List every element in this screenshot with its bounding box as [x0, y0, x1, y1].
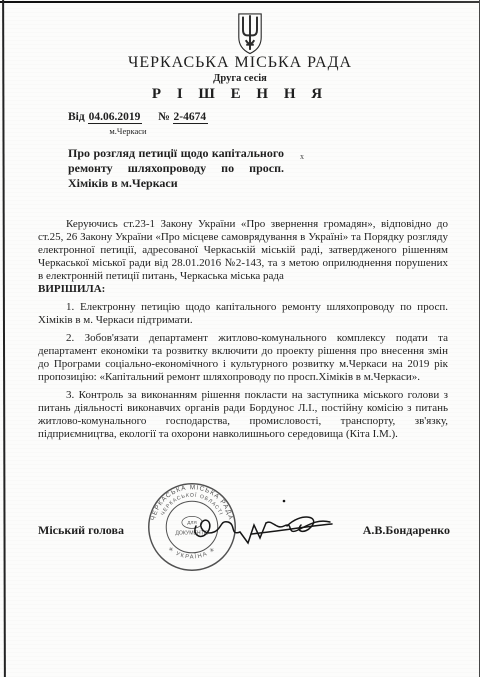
number-value: 2-4674: [173, 111, 209, 124]
scan-stray-mark: х: [300, 152, 304, 161]
subject-block: Про розгляд петиції щодо капітального ре…: [68, 146, 284, 191]
resolved-label: ВИРІШИЛА:: [38, 283, 448, 296]
number-label: №: [158, 111, 170, 123]
trident-emblem-icon: [236, 12, 264, 55]
council-name: ЧЕРКАСЬКА МІСЬКА РАДА: [0, 54, 480, 72]
decision-item-2: 2. Зобов'язати департамент житлово-комун…: [38, 332, 448, 384]
city-label: м.Черкаси: [86, 126, 170, 136]
date-value: 04.06.2019: [88, 111, 143, 124]
scan-border-top: [0, 1, 480, 3]
decision-item-3: 3. Контроль за виконанням рішення поклас…: [38, 389, 448, 441]
decision-item-1: 1. Електронну петицію щодо капітального …: [38, 301, 448, 327]
document-type-title: Р І Ш Е Н Н Я: [0, 86, 480, 103]
signer-name: А.В.Бондаренко: [363, 523, 450, 538]
date-number-line: Від 04.06.2019 № 2-4674: [68, 111, 208, 123]
date-label: Від: [68, 111, 85, 123]
preamble-paragraph: Керуючись ст.23-1 Закону України «Про зв…: [38, 218, 448, 283]
session-label: Друга сесія: [0, 73, 480, 84]
signer-title: Міський голова: [38, 523, 124, 538]
document-body: Керуючись ст.23-1 Закону України «Про зв…: [38, 218, 448, 441]
decision-document-page: ЧЕРКАСЬКА МІСЬКА РАДА Друга сесія Р І Ш …: [0, 0, 480, 677]
handwritten-signature: [191, 495, 337, 549]
